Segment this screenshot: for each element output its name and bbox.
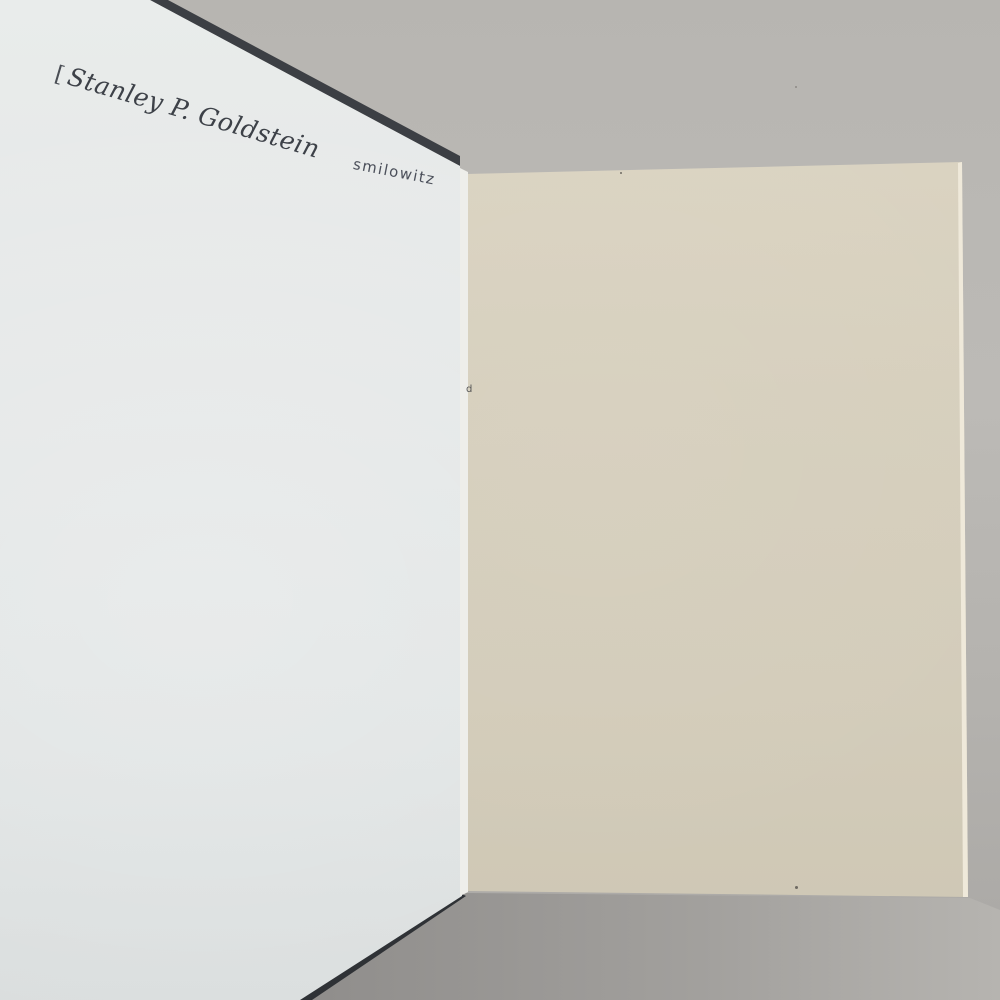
surface-speck	[795, 86, 797, 88]
paper-speck	[620, 172, 622, 174]
margin-mark: d	[466, 384, 472, 395]
book-photo: [Stanley P. Goldstein smilowitz d	[0, 0, 1000, 1000]
paper-speck	[795, 886, 798, 889]
